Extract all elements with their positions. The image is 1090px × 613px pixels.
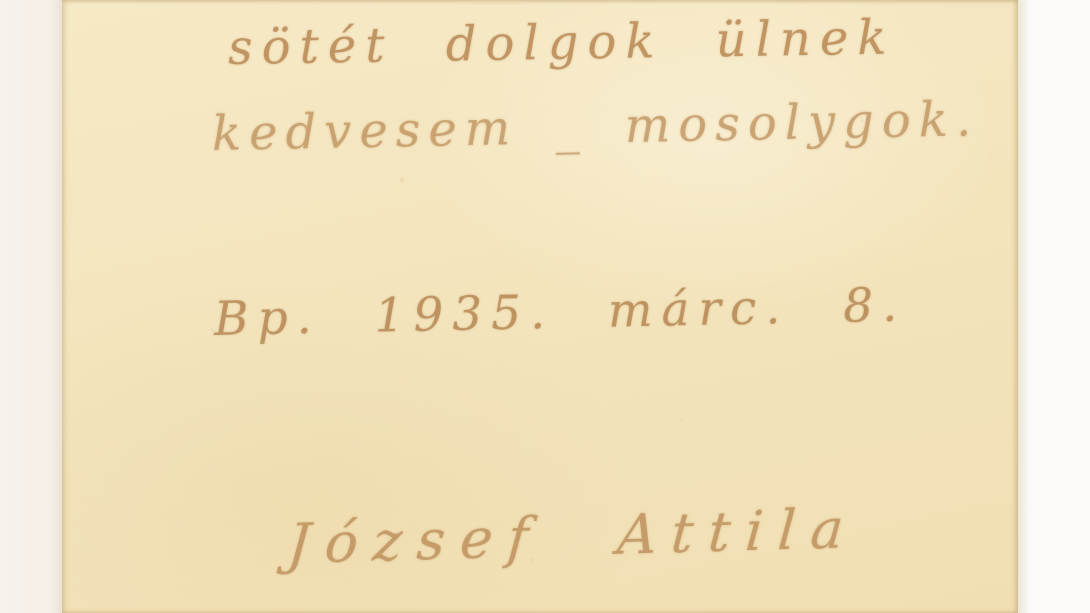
- handwritten-date: Bp. 1935. márc. 8.: [213, 278, 906, 347]
- note-card: sötét dolgok ülnek kedvesem _ mosolygok.…: [62, 0, 1018, 613]
- handwritten-line-2: kedvesem _ mosolygok.: [211, 91, 979, 162]
- handwritten-line-1: sötét dolgok ülnek: [228, 10, 896, 76]
- scan-background-right: [1016, 0, 1090, 613]
- handwritten-signature: József Attila: [286, 496, 861, 576]
- scanned-note-photo: sötét dolgok ülnek kedvesem _ mosolygok.…: [0, 0, 1090, 613]
- scan-background-left: [0, 0, 64, 613]
